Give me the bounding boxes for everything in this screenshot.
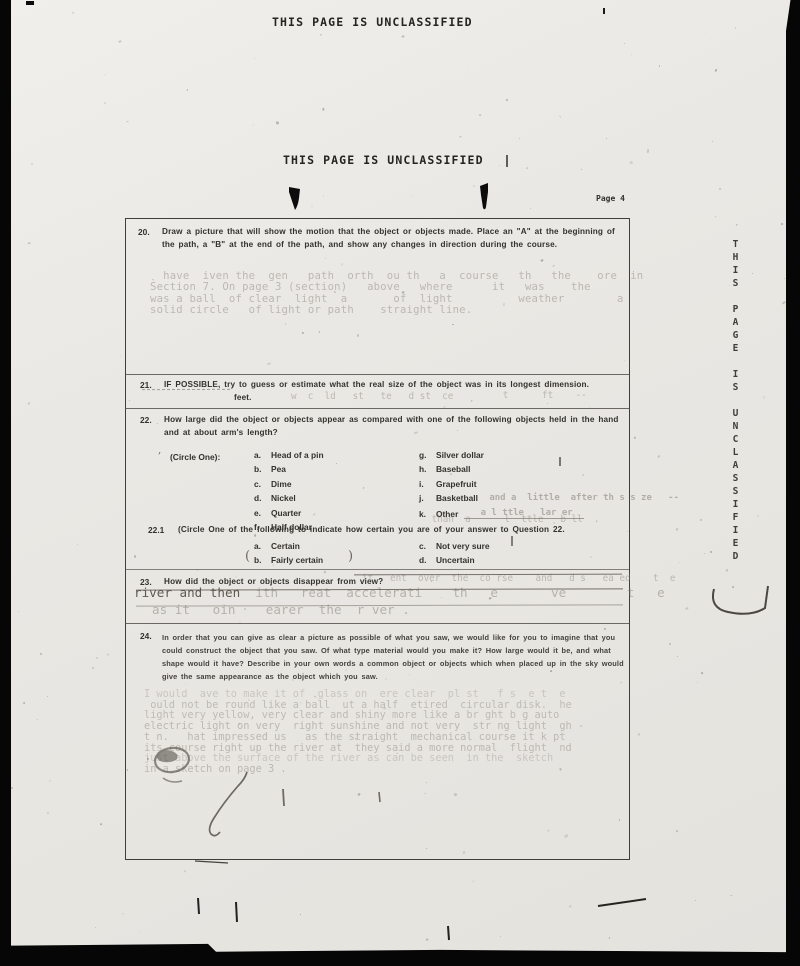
scan-speck — [26, 1, 34, 5]
q23-answer-text-1: river and then ith reat accelerati th e … — [134, 585, 665, 600]
pen-circle-open: ( — [245, 549, 250, 564]
q23-answer-dark: river and then — [134, 585, 248, 600]
margin-classification-vertical: THISPAGEISUNCLASSIFIED — [729, 239, 742, 564]
q221-text: (Circle One of the following to indicate… — [178, 524, 628, 537]
q21-answer-fragment-2: t ft -- — [486, 390, 587, 401]
q20-answer: have iven the gen path orth ou th a cour… — [150, 271, 643, 317]
q20-number: 20. — [138, 227, 150, 237]
q221-options-right: c.Not very sured.Uncertain — [419, 541, 490, 570]
scan-mark — [198, 898, 199, 914]
questionnaire-box: 20. Draw a picture that will show the mo… — [125, 218, 630, 860]
classification-header-middle: THIS PAGE IS UNCLASSIFIED — [283, 153, 484, 167]
scan-mark — [448, 926, 449, 940]
page-number: Page 4 — [596, 194, 625, 203]
pen-mark: ‚ — [158, 445, 161, 456]
q20-text: Draw a picture that will show the motion… — [162, 226, 628, 251]
q22-text: How large did the object or objects appe… — [164, 414, 630, 439]
q22-circle-one-label: (Circle One): — [170, 452, 220, 462]
classification-header-top: THIS PAGE IS UNCLASSIFIED — [272, 15, 473, 29]
q221-options-left: a.Certainb.Fairly certain — [254, 541, 323, 570]
q24-text: In order that you can give as clear a pi… — [162, 631, 624, 683]
section-divider — [125, 623, 630, 624]
q221-number: 22.1 — [148, 525, 164, 535]
scan-mark — [195, 861, 228, 863]
scan-edge-bottom — [0, 943, 800, 966]
q24-number: 24. — [140, 631, 152, 641]
scan-edge-left — [0, 0, 11, 966]
section-divider — [125, 374, 630, 375]
q23-answer-faint: ith reat accelerati th e ve t e — [248, 585, 665, 600]
scan-speck — [603, 8, 605, 14]
scanned-document-page: THIS PAGE IS UNCLASSIFIED THIS PAGE IS U… — [0, 0, 800, 966]
q24-answer: I would ave to make it of glass on ere c… — [144, 689, 584, 775]
binder-mark-left — [289, 187, 300, 210]
q22-options-right: g.Silver dollarh.Baseballi.Grapefruitj.B… — [419, 450, 679, 523]
section-divider — [125, 408, 630, 409]
binder-mark-right — [480, 183, 488, 209]
q21-answer-fragment: w c ld st te d st ce — [291, 391, 453, 402]
margin-bracket — [713, 586, 768, 614]
q22-number: 22. — [140, 415, 152, 425]
q21-feet-label: feet. — [234, 392, 252, 405]
scan-edge-right — [786, 0, 800, 966]
scan-mark — [598, 899, 646, 906]
section-divider — [125, 569, 630, 570]
pen-circle-close: ) — [348, 549, 353, 564]
scan-mark — [236, 902, 237, 922]
